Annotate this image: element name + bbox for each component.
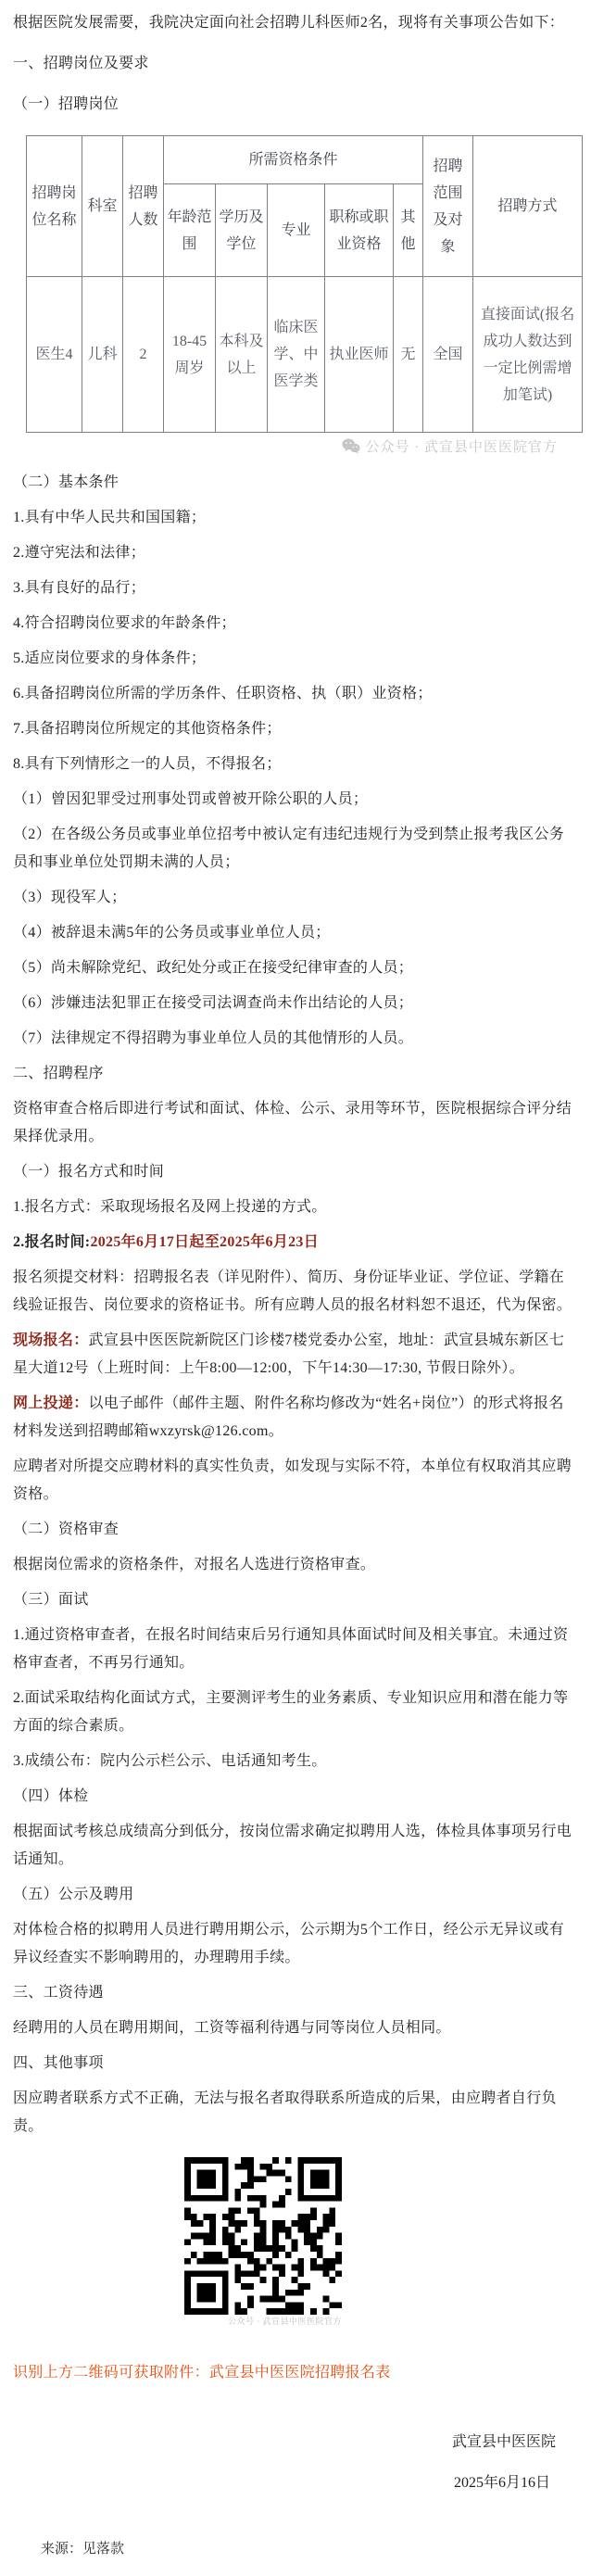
intro-block: 根据医院发展需要，我院决定面向社会招聘儿科医师2名，现将有关事项公告如下： 一、… <box>0 9 591 119</box>
announcement-paragraphs: （二）基本条件1.具有中华人民共和国国籍；2.遵守宪法和法律；3.具有良好的品行… <box>0 469 591 2140</box>
cell-count: 2 <box>123 277 164 433</box>
paragraph: （7）法律规定不得招聘为事业单位人员的其他情形的人员。 <box>13 1025 578 1053</box>
signature-block: 武宣县中医医院 2025年6月16日 <box>0 2429 591 2497</box>
paragraph: （五）公示及聘用 <box>13 1881 578 1909</box>
cell-position: 医生4 <box>27 277 82 433</box>
qr-block: 公众号 · 武宣县中医医院官方 <box>0 2157 591 2329</box>
cell-method: 直接面试(报名成功人数达到一定比例需增加笔试) <box>473 277 583 433</box>
paragraph: 现场报名：武宣县中医医院新院区门诊楼7楼党委办公室，地址：武宣县城东新区七星大道… <box>13 1327 578 1383</box>
cell-other: 无 <box>394 277 423 433</box>
paragraph: 根据面试考核总成绩高分到低分，按岗位需求确定拟聘用人选，体检具体事项另行电话通知… <box>13 1818 578 1874</box>
wechat-icon <box>342 438 360 454</box>
paragraph: （二）基本条件 <box>13 469 578 497</box>
paragraph: 4.符合招聘岗位要求的年龄条件； <box>13 610 578 638</box>
paragraph: 根据岗位需求的资格条件，对报名人选进行资格审查。 <box>13 1551 578 1579</box>
col-header-title: 职称或职业资格 <box>325 184 394 277</box>
col-header-department: 科室 <box>82 136 123 277</box>
section-1-title: 一、招聘岗位及要求 <box>13 50 578 78</box>
paragraph: 6.具备招聘岗位所需的学历条件、任职资格、执（职）业资格； <box>13 680 578 708</box>
col-header-method: 招聘方式 <box>473 136 583 277</box>
paragraph: （4）被辞退未满5年的公务员或事业单位人员； <box>13 919 578 947</box>
paragraph: 经聘用的人员在聘用期间，工资等福利待遇与同等岗位人员相同。 <box>13 2014 578 2042</box>
cell-scope: 全国 <box>423 277 473 433</box>
announcement-page: 根据医院发展需要，我院决定面向社会招聘儿科医师2名，现将有关事项公告如下： 一、… <box>0 0 591 2576</box>
table-watermark: 公众号 · 武宣县中医医院官方 <box>0 433 591 469</box>
table-row: 医生4 儿科 2 18-45周岁 本科及以上 临床医学、中医学类 执业医师 无 … <box>27 277 583 433</box>
paragraph: 因应聘者联系方式不正确，无法与报名者取得联系所造成的后果，由应聘者自行负责。 <box>13 2085 578 2140</box>
paragraph: 2.面试采取结构化面试方式，主要测评考生的业务素质、专业知识应用和潜在能力等方面… <box>13 1685 578 1740</box>
paragraph: （四）体检 <box>13 1783 578 1811</box>
paragraph: （2）在各级公务员或事业单位招考中被认定有违纪违规行为受到禁止报考我区公务员和事… <box>13 821 578 877</box>
paragraph: 二、招聘程序 <box>13 1060 578 1088</box>
col-header-other: 其他 <box>394 184 423 277</box>
paragraph: 报名须提交材料：招聘报名表（详见附件）、简历、身份证毕业证、学位证、学籍在线验证… <box>13 1264 578 1320</box>
cell-title: 执业医师 <box>325 277 394 433</box>
paragraph: （一）报名方式和时间 <box>13 1158 578 1186</box>
paragraph: （二）资格审查 <box>13 1516 578 1544</box>
paragraph: 1.通过资格审查者，在报名时间结束后另行通知具体面试时间及相关事宜。未通过资格审… <box>13 1622 578 1677</box>
paragraph: 2.遵守宪法和法律； <box>13 539 578 567</box>
paragraph: 3.成绩公布：院内公示栏公示、电话通知考生。 <box>13 1748 578 1775</box>
paragraph: 7.具备招聘岗位所规定的其他资格条件； <box>13 715 578 743</box>
paragraph: 网上投递：以电子邮件（邮件主题、附件名称均修改为“姓名+岗位”）的形式将报名材料… <box>13 1390 578 1446</box>
paragraph: （6）涉嫌违法犯罪正在接受司法调查尚未作出结论的人员； <box>13 990 578 1017</box>
position-table-wrapper: 招聘岗位名称 科室 招聘人数 所需资格条件 招聘范围及对象 招聘方式 年龄范围 … <box>0 132 591 433</box>
paragraph: 1.具有中华人民共和国国籍； <box>13 504 578 532</box>
paragraph: 资格审查合格后即进行考试和面试、体检、公示、录用等环节，医院根据综合评分结果择优… <box>13 1095 578 1151</box>
paragraph: （5）尚未解除党纪、政纪处分或正在接受纪律审查的人员； <box>13 954 578 982</box>
paragraph: 5.适应岗位要求的身体条件； <box>13 645 578 673</box>
table-watermark-text: 公众号 · 武宣县中医医院官方 <box>366 436 559 456</box>
paragraph: 三、工资待遇 <box>13 1979 578 2007</box>
paragraph: （3）现役军人； <box>13 884 578 912</box>
cell-department: 儿科 <box>82 277 123 433</box>
signature-org: 武宣县中医医院 <box>0 2429 591 2456</box>
signature-date: 2025年6月16日 <box>0 2469 591 2497</box>
cell-age: 18-45周岁 <box>164 277 216 433</box>
paragraph: 应聘者对所提交应聘材料的真实性负责，如发现与实际不符，本单位有权取消其应聘资格。 <box>13 1453 578 1509</box>
paragraph: 3.具有良好的品行； <box>13 575 578 602</box>
position-table: 招聘岗位名称 科室 招聘人数 所需资格条件 招聘范围及对象 招聘方式 年龄范围 … <box>26 135 583 433</box>
cell-major: 临床医学、中医学类 <box>268 277 325 433</box>
paragraph: （1）曾因犯罪受过刑事处罚或曾被开除公职的人员； <box>13 786 578 814</box>
paragraph: 对体检合格的拟聘用人员进行聘用期公示，公示期为5个工作日，经公示无异议或有异议经… <box>13 1916 578 1972</box>
paragraph: 8.具有下列情形之一的人员，不得报名； <box>13 751 578 778</box>
col-header-count: 招聘人数 <box>123 136 164 277</box>
cell-education: 本科及以上 <box>216 277 268 433</box>
qr-code <box>184 2157 342 2315</box>
qr-watermark: 公众号 · 武宣县中医医院官方 <box>184 2316 342 2327</box>
paragraph: 1.报名方式：采取现场报名及网上投递的方式。 <box>13 1193 578 1221</box>
paragraph: 四、其他事项 <box>13 2050 578 2077</box>
col-header-age: 年龄范围 <box>164 184 216 277</box>
subsection-1-title: （一）招聘岗位 <box>13 91 578 119</box>
source-line: 来源：见落款 <box>0 2538 591 2557</box>
col-header-position: 招聘岗位名称 <box>27 136 82 277</box>
intro-paragraph: 根据医院发展需要，我院决定面向社会招聘儿科医师2名，现将有关事项公告如下： <box>13 9 578 37</box>
col-header-qualifications: 所需资格条件 <box>164 136 423 184</box>
col-header-education: 学历及学位 <box>216 184 268 277</box>
paragraph: 2.报名时间:2025年6月17日起至2025年6月23日 <box>13 1229 578 1256</box>
col-header-major: 专业 <box>268 184 325 277</box>
paragraph: （三）面试 <box>13 1586 578 1614</box>
col-header-scope: 招聘范围及对象 <box>423 136 473 277</box>
qr-caption: 识别上方二维码可获取附件：武宣县中医医院招聘报名表 <box>0 2360 591 2386</box>
